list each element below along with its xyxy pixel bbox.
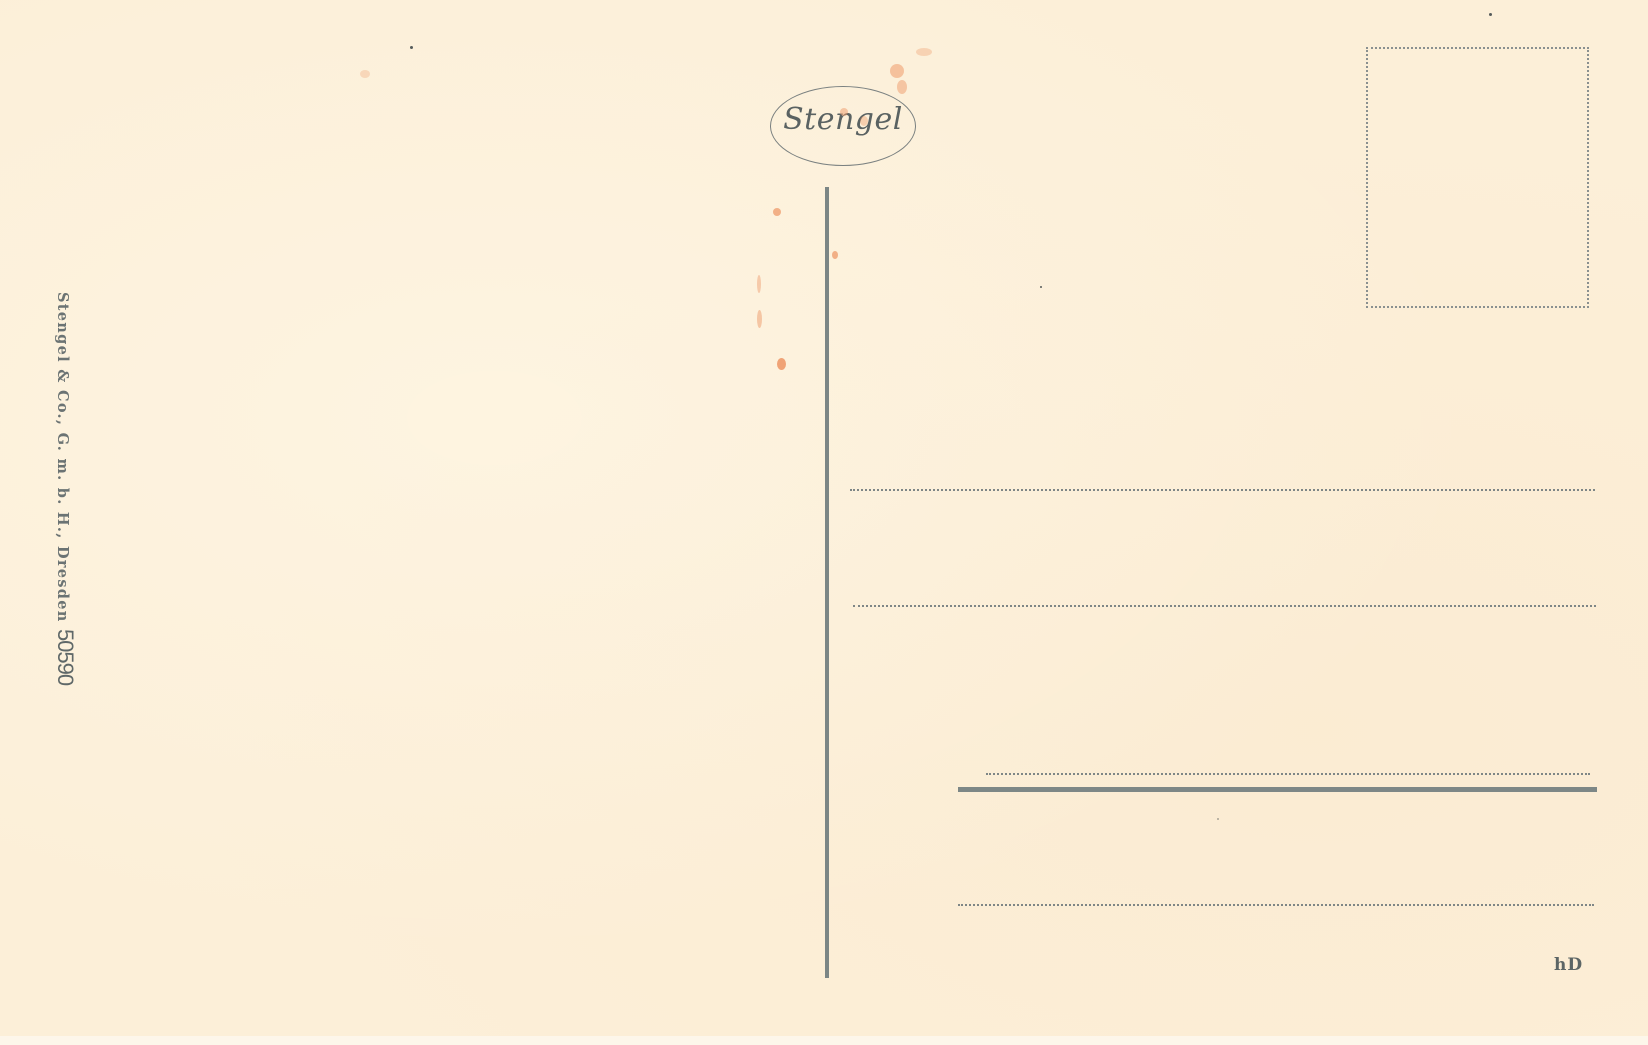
message-address-divider bbox=[825, 187, 829, 978]
publisher-imprint: Stengel & Co., G. m. b. H., Dresden 5059… bbox=[56, 292, 78, 774]
foxing-stain bbox=[773, 208, 781, 216]
stamp-box bbox=[1366, 47, 1589, 308]
printer-code-mark: hD bbox=[1554, 955, 1583, 975]
foxing-stain bbox=[890, 64, 904, 78]
publisher-catalog-number: 50590 bbox=[53, 629, 78, 685]
foxing-stain bbox=[360, 70, 370, 78]
address-line-4 bbox=[958, 904, 1594, 906]
foxing-stain bbox=[757, 275, 761, 293]
address-line-3 bbox=[986, 773, 1590, 775]
publisher-imprint-text: Stengel & Co., G. m. b. H., Dresden 5059… bbox=[52, 292, 78, 685]
foxing-stain bbox=[757, 310, 762, 328]
foxing-stain bbox=[897, 80, 907, 94]
postcard-back: Stengel & Co., G. m. b. H., Dresden 5059… bbox=[0, 0, 1648, 1045]
publisher-name: Stengel & Co., G. m. b. H., Dresden bbox=[54, 292, 71, 629]
foxing-stain bbox=[916, 48, 932, 56]
paper-speck bbox=[1217, 818, 1219, 820]
foxing-stain bbox=[777, 358, 786, 370]
foxing-stain bbox=[860, 116, 868, 126]
address-line-3-underline bbox=[958, 787, 1597, 792]
publisher-logo: Stengel bbox=[770, 86, 916, 166]
foxing-stain bbox=[840, 108, 848, 116]
paper-speck bbox=[1489, 13, 1492, 16]
paper-speck bbox=[410, 46, 413, 49]
foxing-stain bbox=[832, 251, 838, 259]
card-bottom-edge bbox=[0, 1036, 1648, 1045]
address-line-2 bbox=[853, 605, 1596, 607]
paper-speck bbox=[1040, 286, 1042, 288]
address-line-1 bbox=[850, 489, 1595, 491]
